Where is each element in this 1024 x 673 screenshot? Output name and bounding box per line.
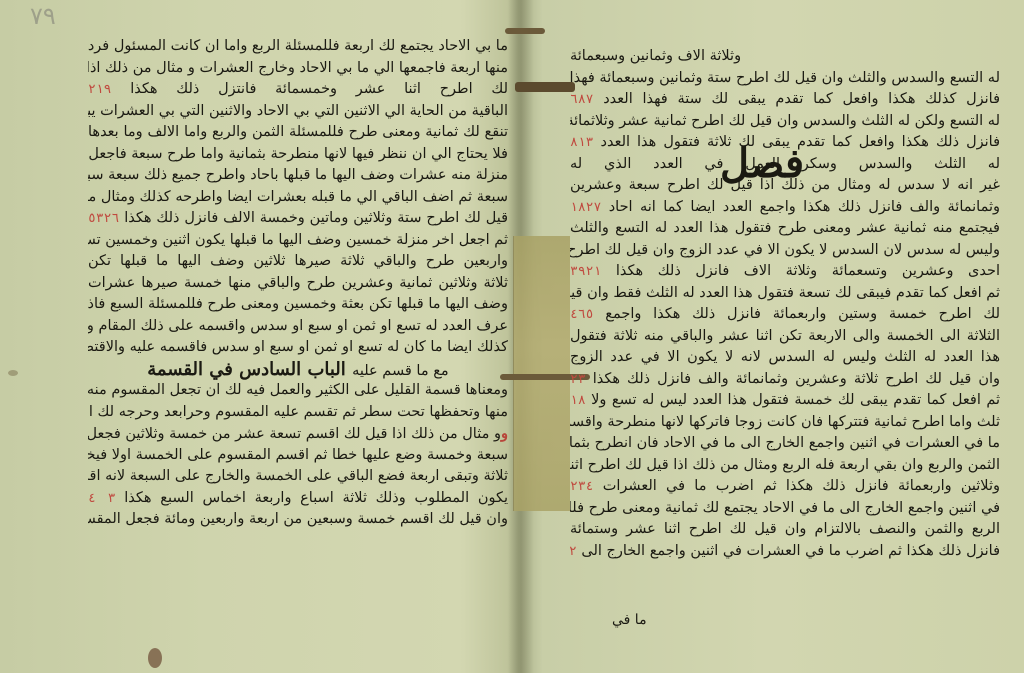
right-page: وثلاثة الاف وثمانين وسبعمائة له التسع وا…	[530, 0, 1024, 673]
text-line: وان قيل لك اطرح ثلاثة وعشرين وثمانمائة و…	[570, 369, 1000, 391]
rubric-word: و	[501, 425, 508, 442]
numeral-annotation: ٣٩٢١	[570, 264, 601, 279]
text-line: وليس له سدس لان السدس لا يكون الا في عدد…	[570, 240, 1000, 262]
text-line: منها وتحفظها تحت سطر ثم تقسم عليه المقسو…	[88, 402, 508, 424]
chapter-title-rest: السادس في القسمة	[147, 359, 301, 380]
text-line: في اثنين واجمع الخارج الى ما في الاحاد ي…	[570, 498, 1000, 520]
text-line: لك اطرح خمسة وستين واربعمائة فانزل ذلك ه…	[570, 304, 1000, 326]
text-line: وو مثال من ذلك اذا قيل لك اقسم تسعة عشر …	[88, 423, 508, 445]
text-line: منها اربعة فاجمعها الي ما بي الاحاد وخار…	[88, 58, 508, 80]
numeral-annotation: ٢٣	[570, 372, 586, 387]
text-line: ما في العشرات في اثنين واجمع الخارج الى …	[570, 433, 1000, 455]
chapter-heading: مع ما قسم عليه الباب السادس في القسمة	[88, 359, 508, 381]
numeral-annotation: ٢٣٤	[570, 479, 593, 494]
text-line: ثلاثة وتبقى اربعة فضع الباقي على الخمسة …	[88, 466, 508, 488]
text-line: له التسع ولكن له الثلث والسدس وان قيل لك…	[570, 111, 1000, 133]
text-line: ثلاثة وثلاثين ثمانية وعشرين طرح والباقي …	[88, 273, 508, 295]
text-line: سبعة وخمسة وضع عليها خطا ثم اقسم المقسوم…	[88, 445, 508, 467]
numeral-annotation: ٥٣٢٦	[88, 211, 119, 226]
chapter-title-main: الباب	[307, 359, 345, 380]
text-line: وثلاثة الاف وثمانين وسبعمائة	[570, 46, 1000, 68]
manuscript-spread: ٧٩ ما بي الاحاد يجتمع لك اربعة فللمسئلة …	[0, 0, 1024, 673]
numeral-annotation: ١٨	[570, 393, 586, 408]
folio-number: ٧٩	[30, 2, 56, 30]
left-text-block: ما بي الاحاد يجتمع لك اربعة فللمسئلة الر…	[88, 36, 508, 531]
text-line: وثمانمائة والف فانزل ذلك هكذا واجمع العد…	[570, 197, 1000, 219]
section-heading: فصل	[720, 140, 804, 187]
text-line: سبعة ثم اضف الباقي الي ما قبله بعشرات اي…	[88, 187, 508, 209]
text-line: الثلاثة الى الخمسة والى الاربعة تكن اثنا…	[570, 326, 1000, 348]
text-line: لك اطرح اثنا عشر وخمسمائة فانتزل ذلك هكذ…	[88, 79, 508, 101]
text-line: ثم افعل كما تقدم يبقى لك خمسة فتقول هذا …	[570, 390, 1000, 412]
numeral-annotation: ١٨٢٧	[570, 200, 601, 215]
text-line: وثلاثين واربعمائة فانزل ذلك هكذا ثم اضرب…	[570, 476, 1000, 498]
numeral-annotation: ٢١٩	[88, 82, 111, 97]
text-line: ثم افعل كما تقدم فيبقى لك تسعة فتقول هذا…	[570, 283, 1000, 305]
numeral-annotation: ٤٦٥	[570, 307, 593, 322]
text-line: تنقع لك ثمانية ومعنى طرح فللمسئلة الثمن …	[88, 122, 508, 144]
text-line: ثم اجعل اخر منزلة خمسين وضف اليها ما قبل…	[88, 230, 508, 252]
text-line: احدى وعشرين وتسعمائة وثلاثة الاف فانزل ذ…	[570, 261, 1000, 283]
text-line: وان قيل لك اقسم خمسة وسبعين من اربعة وار…	[88, 509, 508, 531]
text-line: فانزل كذلك هكذا وافعل كما تقدم يبقى لك س…	[570, 89, 1000, 111]
text-line: كذلك ايضا ما كان له تسع او ثمن او سبع او…	[88, 337, 508, 359]
text-line: فلا يحتاج الي ان ننظر فيها لانها منطرحة …	[88, 144, 508, 166]
text-line: ومعناها قسمة القليل على الكثير والعمل في…	[88, 380, 508, 402]
text-line: ما بي الاحاد يجتمع لك اربعة فللمسئلة الر…	[88, 36, 508, 58]
text-line: فانزل ذلك هكذا ثم اضرب ما في العشرات في …	[570, 541, 1000, 563]
text-line: يكون المطلوب وذلك ثلاثة اسباع واربعة اخم…	[88, 488, 508, 510]
text-line: منزلة منه عشرات وضف اليها ما قبلها باحاد…	[88, 165, 508, 187]
right-text-block: وثلاثة الاف وثمانين وسبعمائة له التسع وا…	[570, 46, 1000, 562]
text-line: ثلث واما اطرح ثمانية فتتركها فان كانت زو…	[570, 412, 1000, 434]
text-line: له التسع والسدس والثلث وان قيل لك اطرح س…	[570, 68, 1000, 90]
text-line: قيل لك اطرح ستة وثلاثين وماتين وخمسة الا…	[88, 208, 508, 230]
text-line: عرف العدد له تسع او ثمن او سبع او سدس وا…	[88, 316, 508, 338]
numeral-annotation: ٦٨٧	[570, 92, 593, 107]
text-line: واربعين طرح والباقي ثلاثة صيرها ثلاثين و…	[88, 251, 508, 273]
text-line: وضف اليها ما قبلها تكن بعثة وخمسين ومعنى…	[88, 294, 508, 316]
text-line: الباقية من الحاية الي الاثنين التي بي ال…	[88, 101, 508, 123]
numeral-annotation: ٦١٢	[570, 544, 577, 559]
numeral-annotation: ٣ ٤	[88, 491, 116, 506]
text-line: الثمن والربع وان بقي اربعة فله الربع ومث…	[570, 455, 1000, 477]
catchword: ما في	[612, 612, 647, 628]
left-page: ٧٩ ما بي الاحاد يجتمع لك اربعة فللمسئلة …	[0, 0, 515, 673]
text-line: فيجتمع منه ثمانية عشر ومعنى طرح فتقول هذ…	[570, 218, 1000, 240]
text-line: هذا العدد له الثلث وليس له السدس لانه لا…	[570, 347, 1000, 369]
text-line: الربع والثمن والنصف بالالتزام وان قيل لك…	[570, 519, 1000, 541]
numeral-annotation: ٨١٣	[570, 135, 593, 150]
